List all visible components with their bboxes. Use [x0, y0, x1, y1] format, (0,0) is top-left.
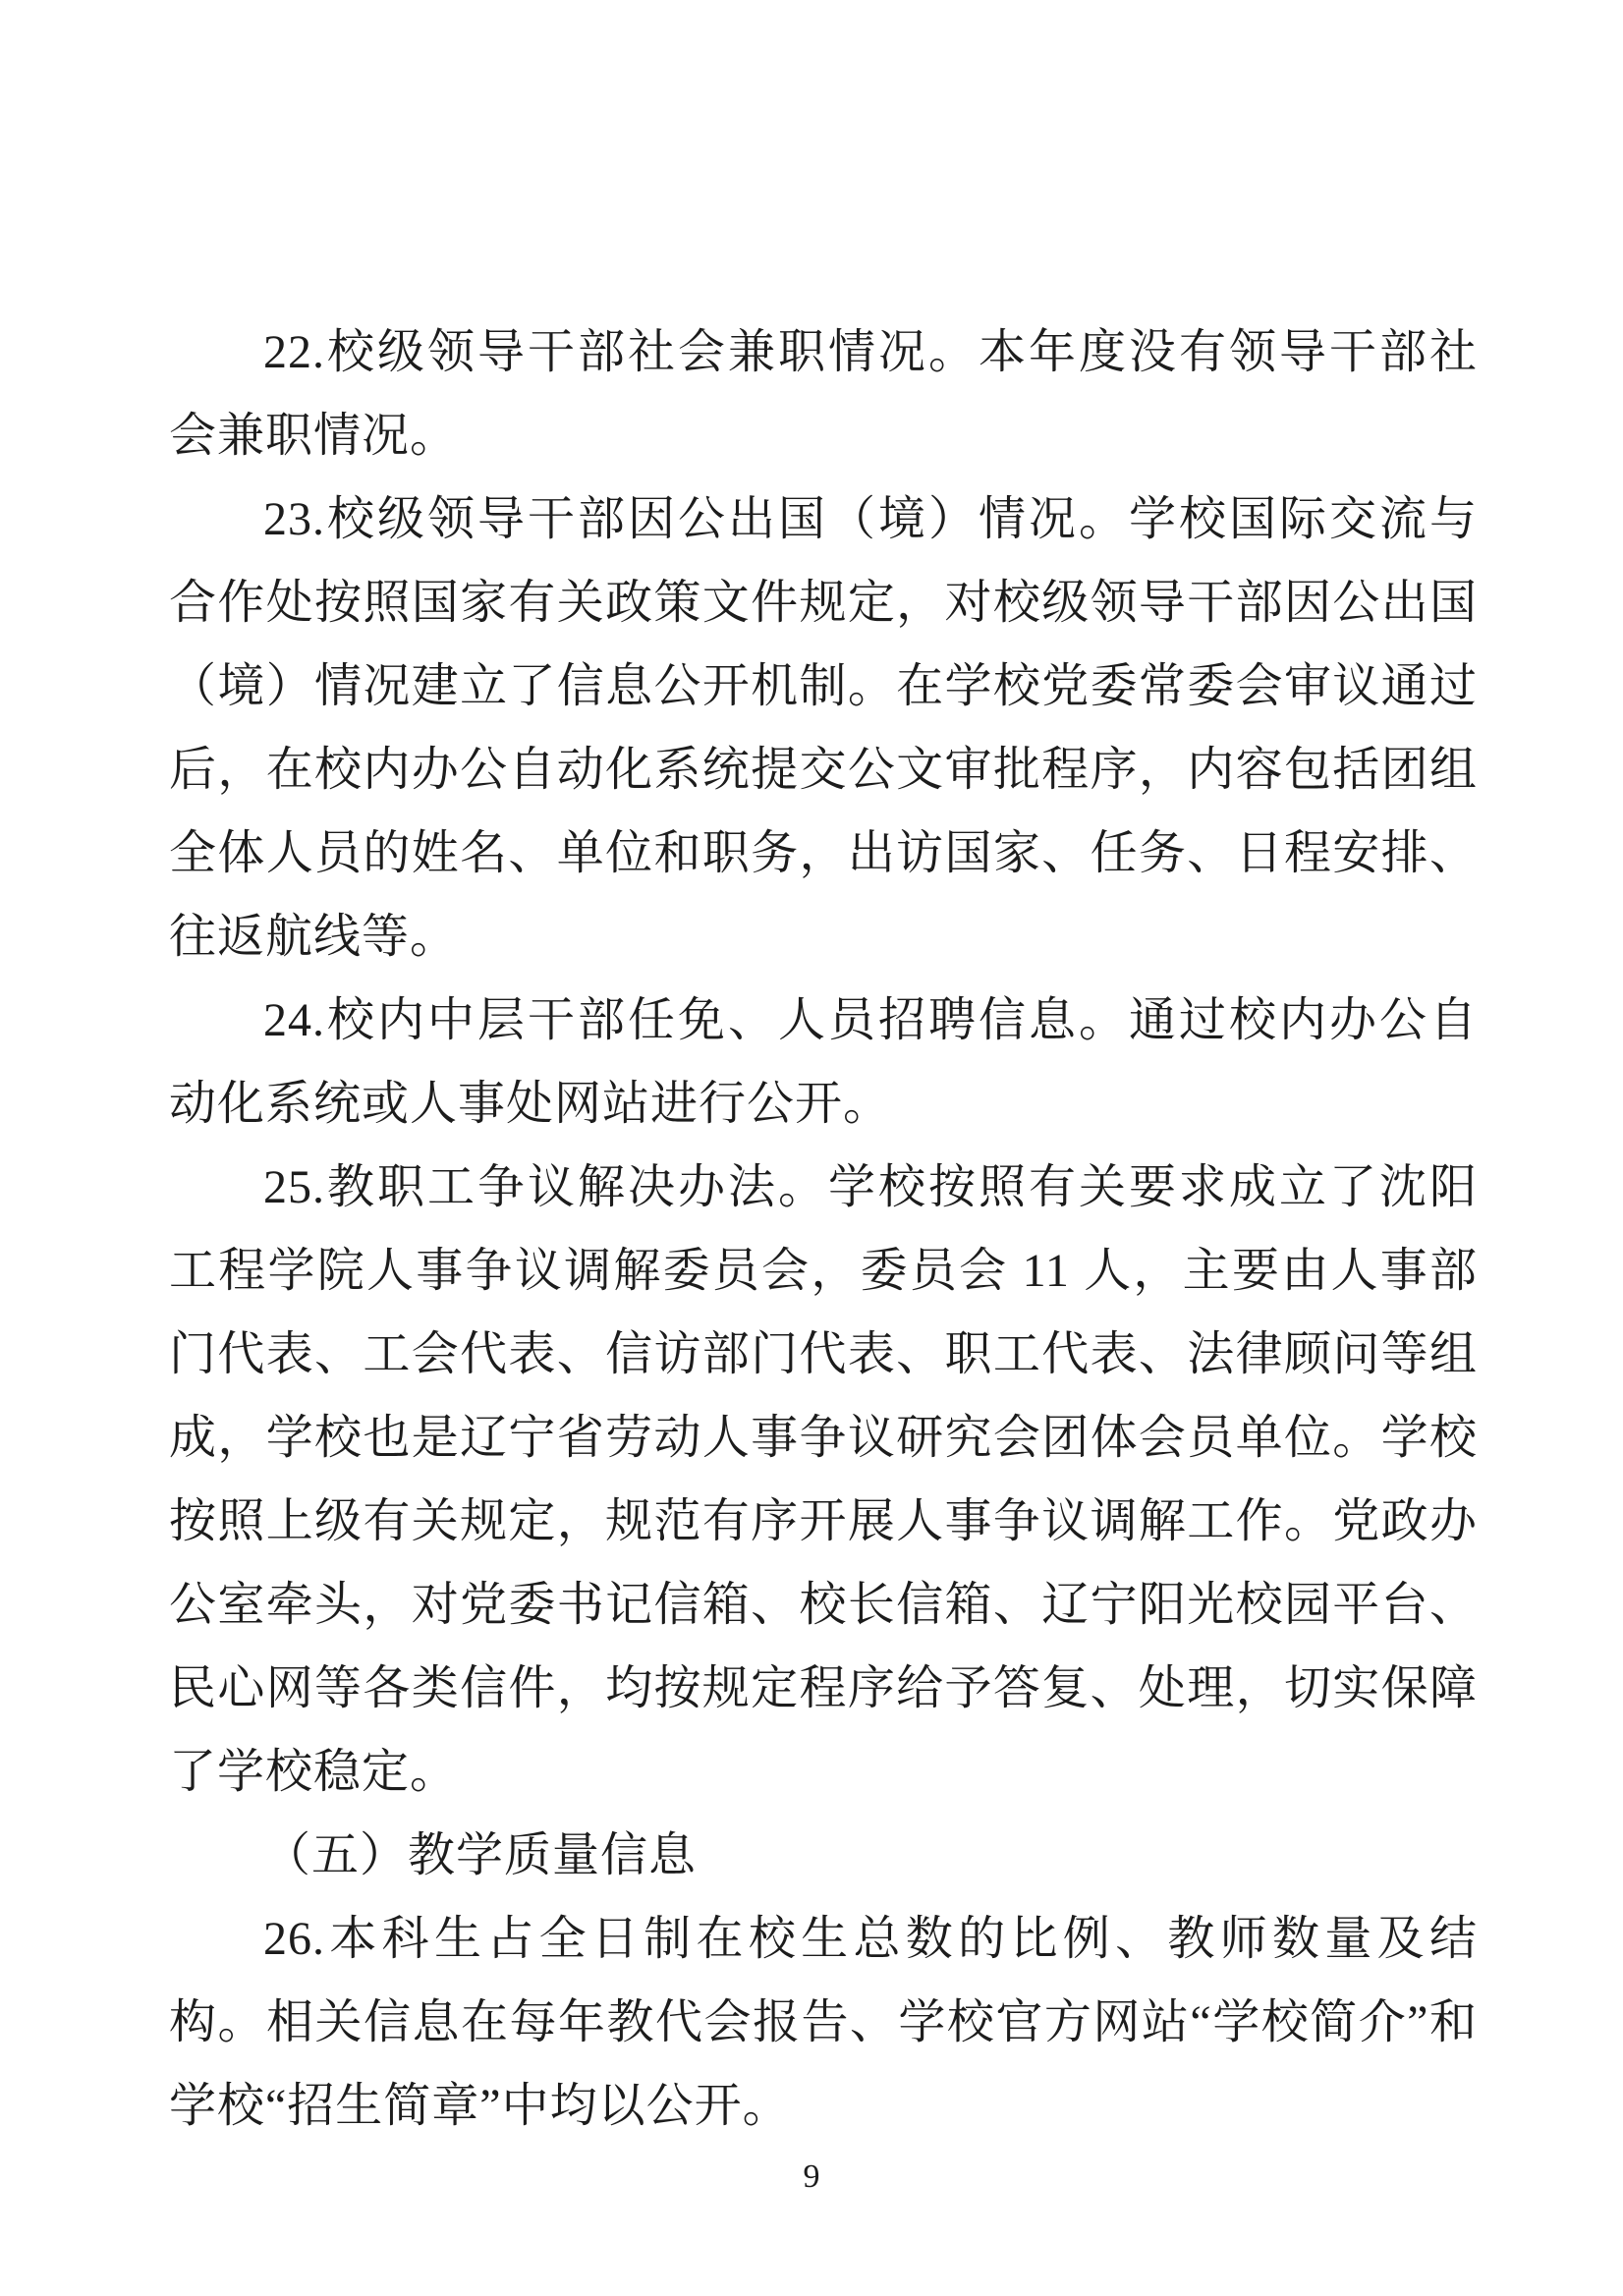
section-heading-teaching-quality: （五）教学质量信息	[169, 1814, 1478, 1897]
document-body: 22.校级领导干部社会兼职情况。本年度没有领导干部社会兼职情况。 23.校级领导…	[169, 310, 1478, 2148]
paragraph-item-25: 25.教职工争议解决办法。学校按照有关要求成立了沈阳工程学院人事争议调解委员会，…	[169, 1146, 1478, 1814]
paragraph-item-22: 22.校级领导干部社会兼职情况。本年度没有领导干部社会兼职情况。	[169, 310, 1478, 477]
paragraph-item-23: 23.校级领导干部因公出国（境）情况。学校国际交流与合作处按照国家有关政策文件规…	[169, 477, 1478, 979]
paragraph-item-24: 24.校内中层干部任免、人员招聘信息。通过校内办公自动化系统或人事处网站进行公开…	[169, 979, 1478, 1146]
document-page: 22.校级领导干部社会兼职情况。本年度没有领导干部社会兼职情况。 23.校级领导…	[0, 0, 1623, 2296]
page-number: 9	[0, 2154, 1623, 2201]
paragraph-item-26: 26.本科生占全日制在校生总数的比例、教师数量及结构。相关信息在每年教代会报告、…	[169, 1897, 1478, 2148]
